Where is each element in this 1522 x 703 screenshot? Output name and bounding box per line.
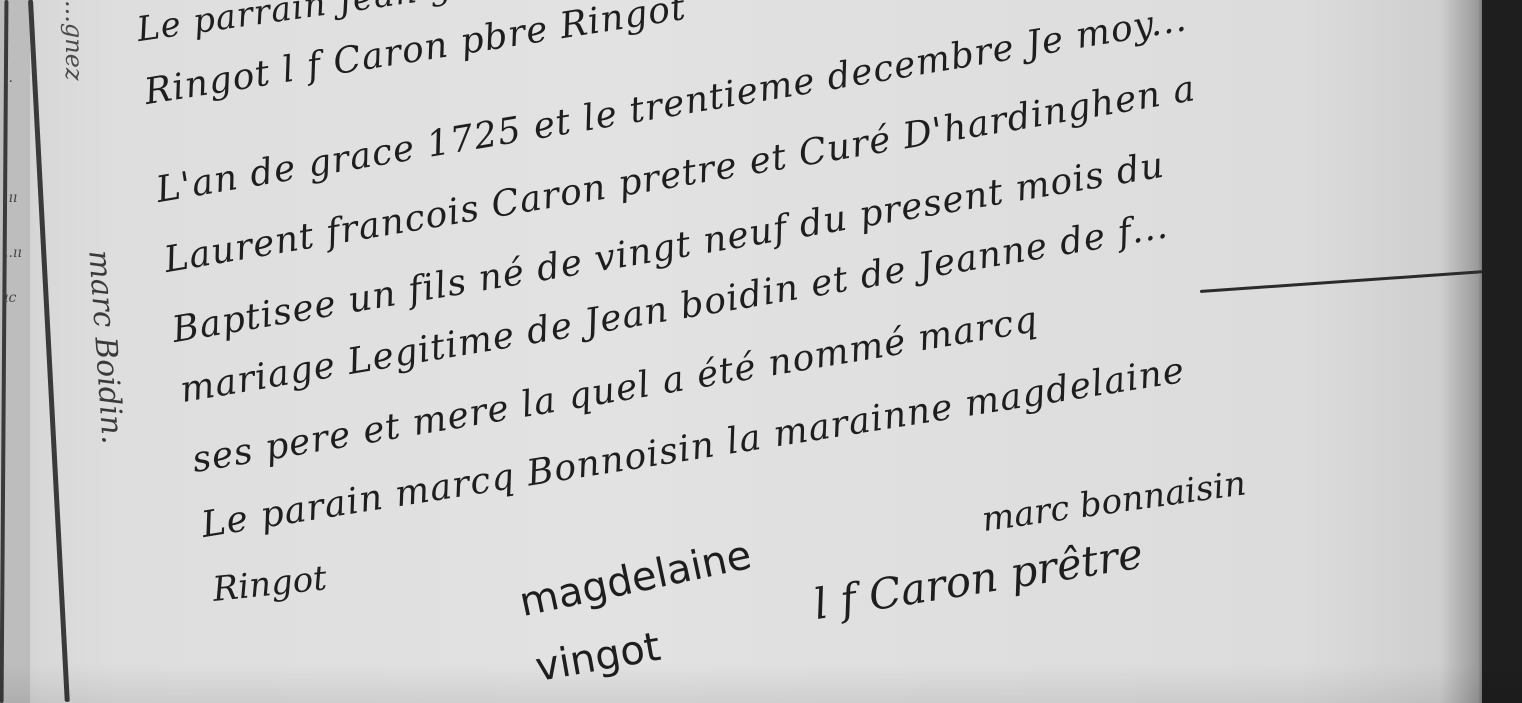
margin-rule-line	[28, 0, 70, 702]
line-filler-stroke	[1200, 269, 1499, 293]
margin-fragment: ..	[4, 70, 13, 86]
signature-godfather: marc bonnaisin	[979, 463, 1248, 540]
margin-fragment: ıc	[4, 290, 16, 306]
margin-fragment: ..ıı	[4, 245, 22, 261]
signature-godmother-first: magdelaine	[515, 532, 755, 626]
document-scan: .. .ıı ..ıı ıc ...gnez marc Boidin. Le p…	[0, 0, 1522, 703]
book-gutter-shadow	[1482, 0, 1522, 703]
margin-note-top: ...gnez	[60, 0, 88, 81]
signature-ringot: Ringot	[211, 558, 329, 610]
margin-fragment: .ıı	[4, 190, 17, 206]
signature-priest: l f Caron prêtre	[810, 529, 1146, 629]
margin-note-child-name: marc Boidin.	[81, 249, 129, 445]
signature-godmother-last: vingot	[532, 624, 664, 691]
